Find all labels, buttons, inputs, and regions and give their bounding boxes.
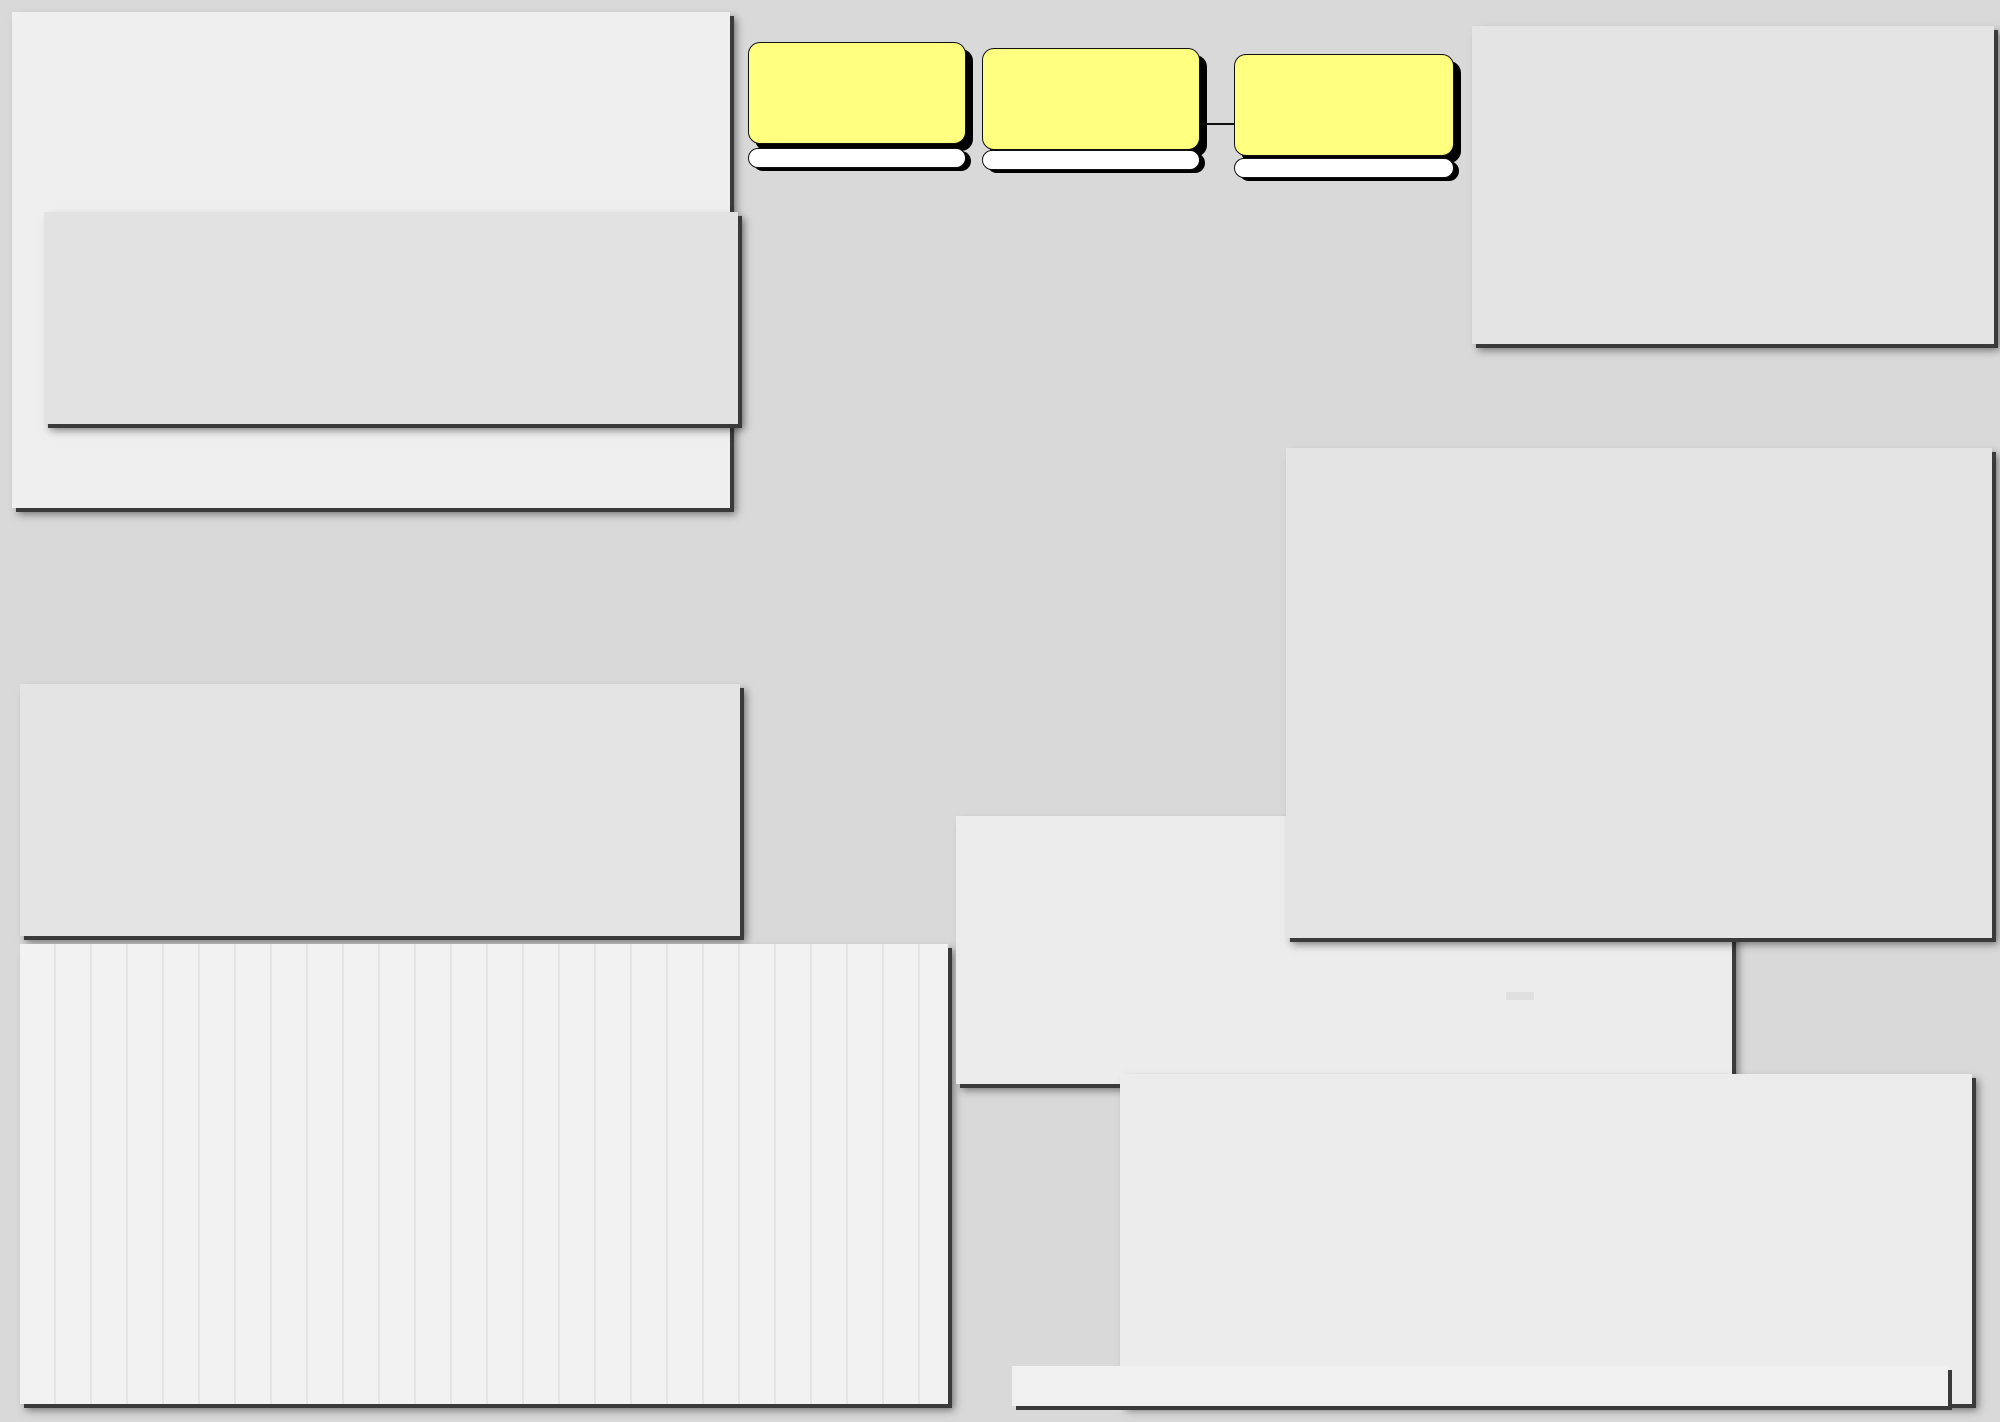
source-credit: [1012, 1366, 1948, 1406]
connector-line: [1200, 123, 1234, 125]
marriage-label[interactable]: [748, 148, 966, 168]
person-box-maigner[interactable]: [982, 48, 1200, 150]
marriage-label[interactable]: [1234, 158, 1454, 178]
doc-taufbuch: [44, 212, 738, 424]
doc-heiratsbriefe: [1286, 448, 1992, 938]
doc-trauungsbuch-1668: [20, 944, 948, 1404]
stamp: [1506, 992, 1534, 1000]
doc-totenbuch-1634: [20, 684, 740, 936]
person-box-rehlin_ac[interactable]: [1234, 54, 1454, 156]
doc-totenbuch-1678: [1120, 1074, 1972, 1404]
doc-trauungsbuch-1617: [1472, 26, 1994, 344]
marriage-label[interactable]: [982, 150, 1200, 170]
person-box-walch[interactable]: [748, 42, 966, 144]
